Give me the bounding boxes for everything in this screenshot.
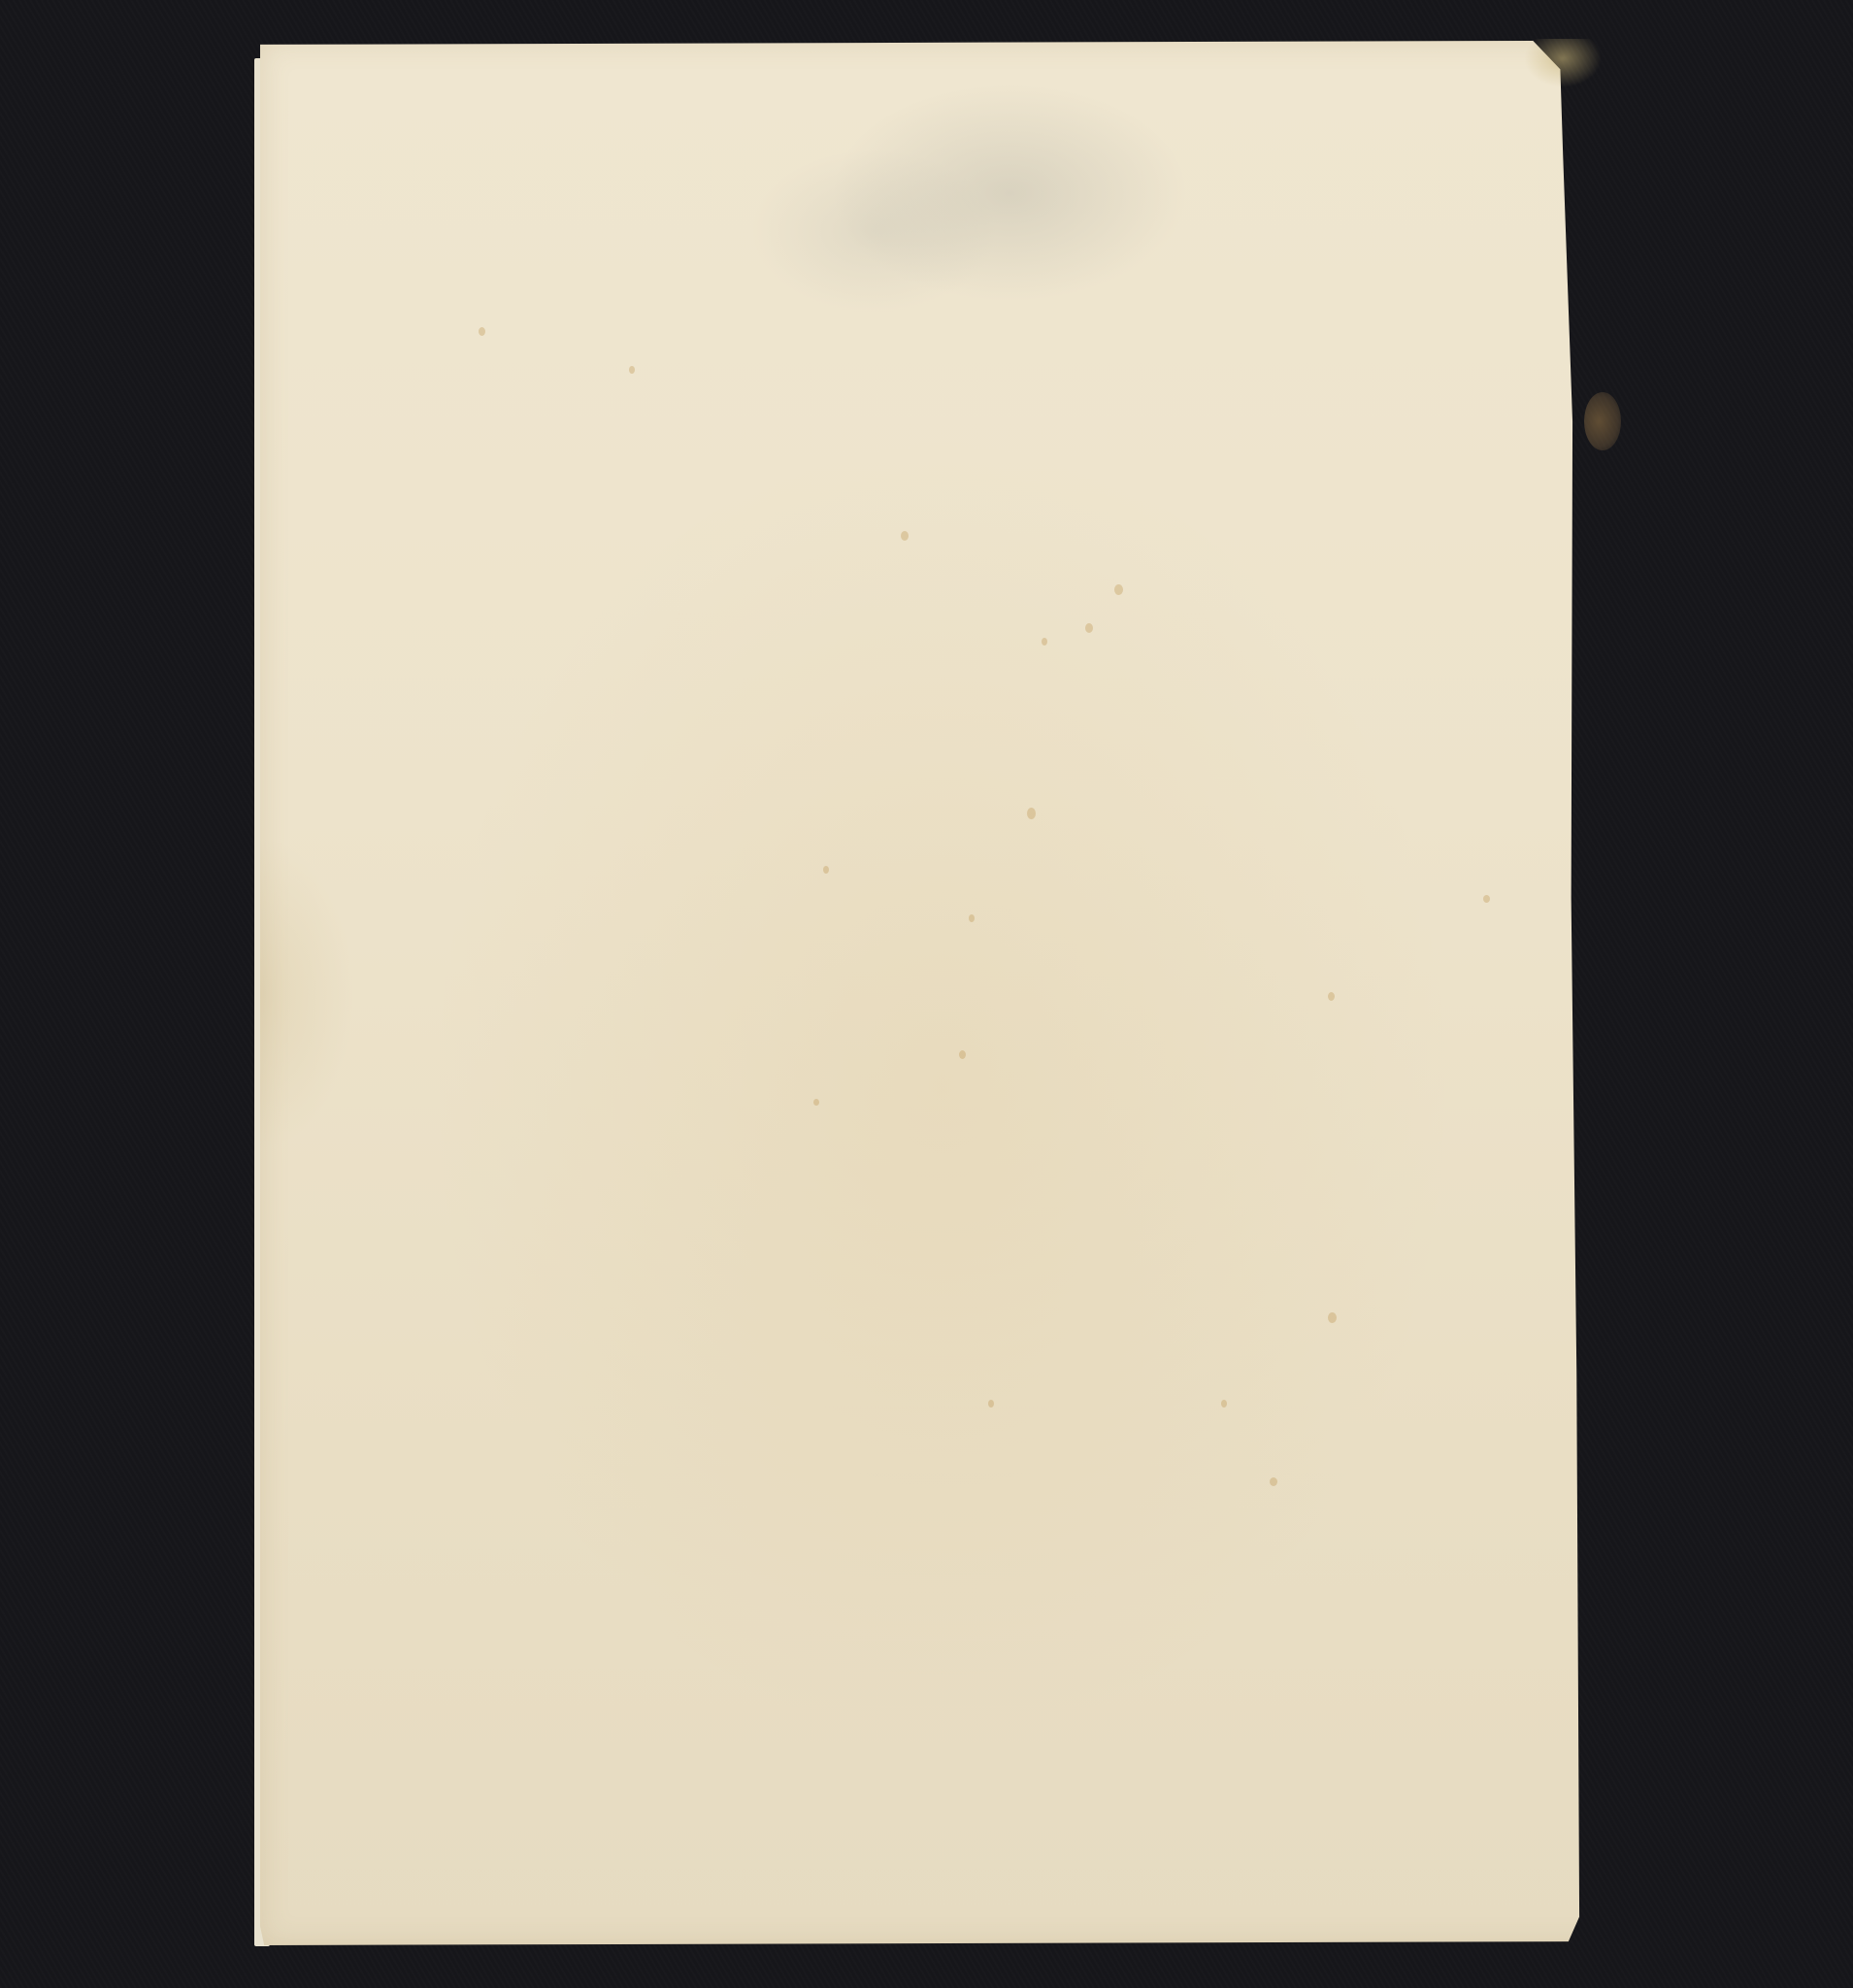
foxing-spot — [823, 866, 829, 874]
photo-scene — [0, 0, 1853, 1988]
foxing-spot — [969, 914, 975, 922]
foxing-spot — [1042, 638, 1047, 646]
foxing-spot — [1221, 1400, 1227, 1408]
blank-aged-paper — [260, 41, 1623, 1945]
foxing-spot — [479, 327, 485, 336]
foxing-spot — [629, 366, 635, 374]
foxing-spot — [1328, 992, 1335, 1001]
foxing-spot — [1114, 584, 1123, 595]
foxing-spot — [1483, 895, 1490, 903]
foxing-spot — [1328, 1312, 1337, 1323]
torn-corner — [1524, 39, 1602, 87]
foxing-spot — [1085, 623, 1093, 633]
foxing-spot — [901, 531, 909, 541]
foxing-spot — [1270, 1477, 1277, 1486]
foxing-spot — [813, 1099, 819, 1106]
edge-stain — [1584, 392, 1621, 450]
foxing-spot — [988, 1400, 994, 1408]
foxing-spot — [959, 1050, 966, 1059]
foxing-spot — [1027, 808, 1036, 819]
